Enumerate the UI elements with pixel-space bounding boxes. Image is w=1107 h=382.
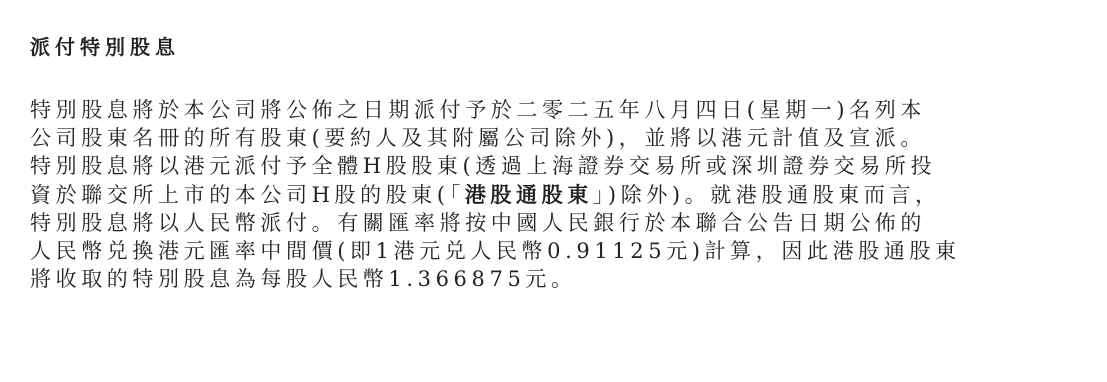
section-heading: 派付特別股息 [30,31,180,60]
paragraph-line-3: 特別股息將以港元派付予全體H股股東(透過上海證券交易所或深圳證券交易所投 [30,152,1060,180]
paragraph-line-5: 特別股息將以人民幣派付。有關匯率將按中國人民銀行於本聯合公告日期公佈的 [30,209,1060,237]
line-4-text-b: 」)除外)。就港股通股東而言， [593,183,941,207]
paragraph-line-4: 資於聯交所上市的本公司H股的股東(「港股通股東」)除外)。就港股通股東而言， [30,181,1060,209]
defined-term-southbound-shareholders: 港股通股東 [465,183,593,207]
line-4-text-a: 資於聯交所上市的本公司H股的股東(「 [30,183,465,207]
dividend-paragraph: 特別股息將於本公司將公佈之日期派付予於二零二五年八月四日(星期一)名列本 公司股… [30,96,1060,293]
paragraph-line-2: 公司股東名冊的所有股東(要約人及其附屬公司除外)，並將以港元計值及宣派。 [30,124,1060,152]
paragraph-line-1: 特別股息將於本公司將公佈之日期派付予於二零二五年八月四日(星期一)名列本 [30,96,1060,124]
paragraph-line-6: 人民幣兑換港元匯率中間價(即1港元兑人民幣0.91125元)計算，因此港股通股東 [30,237,1060,265]
paragraph-line-7: 將收取的特別股息為每股人民幣1.366875元。 [30,265,1060,293]
